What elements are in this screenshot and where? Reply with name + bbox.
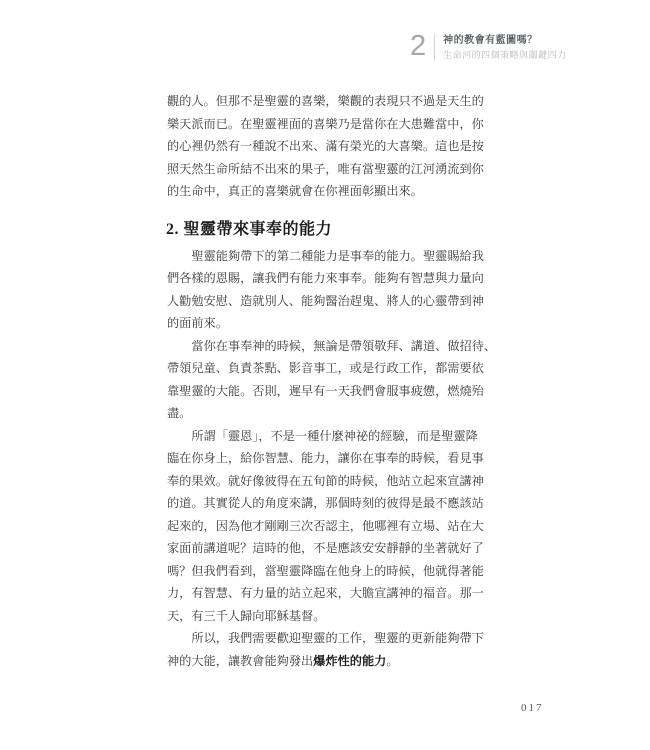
text-line: 觀的人。但那不是聖靈的喜樂，樂觀的表現只不過是天生的 xyxy=(167,90,489,113)
text-line: 天，有三千人歸向耶穌基督。 xyxy=(167,605,489,628)
text-line: 嗎？但我們看到，當聖靈降臨在他身上的時候，他就得著能 xyxy=(167,560,489,583)
text-line: 樂天派而已。在聖靈裡面的喜樂乃是當你在大患難當中，你 xyxy=(167,113,489,136)
paragraph: 所謂「靈恩」，不是一種什麼神祕的經驗，而是聖靈降 臨在你身上，給你智慧、能力，讓… xyxy=(167,425,489,628)
text-line: 照天然生命所結不出來的果子，唯有當聖靈的江河湧流到你 xyxy=(167,158,489,181)
chapter-number: 2 xyxy=(410,31,426,61)
text-line: 起來的，因為他才剛剛三次否認主，他哪裡有立場、站在大 xyxy=(167,515,489,538)
text-line: 所謂「靈恩」，不是一種什麼神祕的經驗，而是聖靈降 xyxy=(167,425,489,448)
text-line: 聖靈能夠帶下的第二種能力是事奉的能力。聖靈賜給我 xyxy=(167,245,489,268)
running-header: 2 神的教會有藍圖嗎？ 生命河的四個策略與關鍵四力 xyxy=(410,31,567,61)
text-segment: 。 xyxy=(386,654,398,668)
text-line: 盡。 xyxy=(167,402,489,425)
text-segment: 神的大能，讓教會能夠發出 xyxy=(167,654,313,668)
text-line: 們各樣的恩賜，讓我們有能力來事奉。能夠有智慧與力量向 xyxy=(167,267,489,290)
book-page: 2 神的教會有藍圖嗎？ 生命河的四個策略與關鍵四力 觀的人。但那不是聖靈的喜樂，… xyxy=(0,0,650,750)
text-line: 力，有智慧、有力量的站立起來，大膽宣講神的福音。那一 xyxy=(167,582,489,605)
text-line: 人勸勉安慰、造就別人、能夠醫治趕鬼、將人的心靈帶到神 xyxy=(167,290,489,313)
text-line: 的面前來。 xyxy=(167,312,489,335)
text-line: 的心裡仍然有一種說不出來、滿有榮光的大喜樂。這也是按 xyxy=(167,135,489,158)
page-number: 017 xyxy=(521,702,544,714)
chapter-subtitle: 生命河的四個策略與關鍵四力 xyxy=(443,50,567,61)
text-line: 所以，我們需要歡迎聖靈的工作，聖靈的更新能夠帶下 xyxy=(167,627,489,650)
text-line: 奉的果效。就好像彼得在五旬節的時候，他站立起來宣講神 xyxy=(167,470,489,493)
text-line: 當你在事奉神的時候，無論是帶領敬拜、講道、做招待、 xyxy=(167,335,489,358)
paragraph: 聖靈能夠帶下的第二種能力是事奉的能力。聖靈賜給我 們各樣的恩賜，讓我們有能力來事… xyxy=(167,245,489,335)
paragraph: 觀的人。但那不是聖靈的喜樂，樂觀的表現只不過是天生的 樂天派而已。在聖靈裡面的喜… xyxy=(167,90,489,203)
text-line: 的生命中，真正的喜樂就會在你裡面彰顯出來。 xyxy=(167,180,489,203)
body-text: 觀的人。但那不是聖靈的喜樂，樂觀的表現只不過是天生的 樂天派而已。在聖靈裡面的喜… xyxy=(167,90,489,672)
emphasized-text: 爆炸性的能力 xyxy=(313,654,386,668)
text-line: 的道。其實從人的角度來講，那個時刻的彼得是最不應該站 xyxy=(167,492,489,515)
text-line: 臨在你身上，給你智慧、能力，讓你在事奉的時候，看見事 xyxy=(167,447,489,470)
header-divider xyxy=(434,34,435,61)
section-heading: 2. 聖靈帶來事奉的能力 xyxy=(166,217,489,243)
header-titles: 神的教會有藍圖嗎？ 生命河的四個策略與關鍵四力 xyxy=(443,31,567,61)
paragraph: 當你在事奉神的時候，無論是帶領敬拜、講道、做招待、 帶領兒童、負責茶點、影音事工… xyxy=(167,335,489,425)
text-line: 家面前講道呢？這時的他，不是應該安安靜靜的坐著就好了 xyxy=(167,537,489,560)
text-line: 神的大能，讓教會能夠發出爆炸性的能力。 xyxy=(167,650,489,673)
text-line: 靠聖靈的大能。否則，遲早有一天我們會服事疲憊，燃燒殆 xyxy=(167,380,489,403)
text-line: 帶領兒童、負責茶點、影音事工，或是行政工作，都需要依 xyxy=(167,357,489,380)
chapter-title: 神的教會有藍圖嗎？ xyxy=(443,35,567,47)
paragraph: 所以，我們需要歡迎聖靈的工作，聖靈的更新能夠帶下 神的大能，讓教會能夠發出爆炸性… xyxy=(167,627,489,672)
